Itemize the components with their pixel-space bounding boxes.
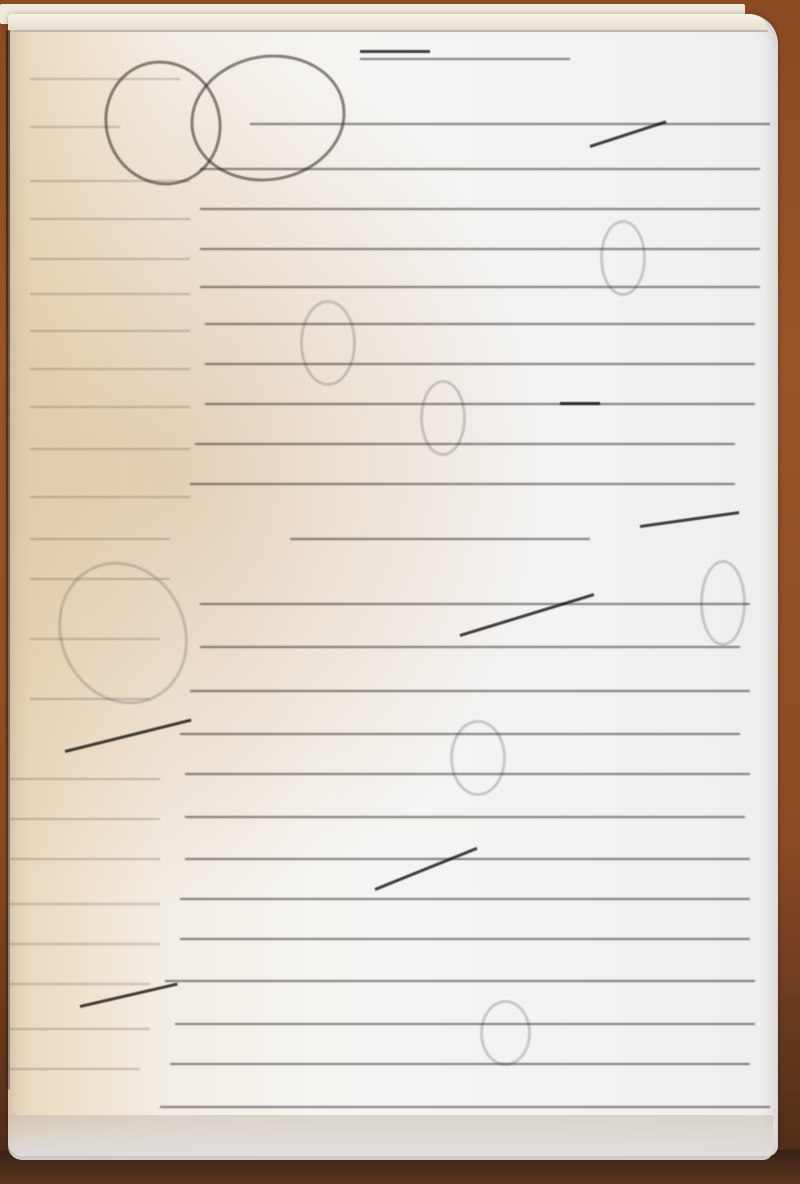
text-line [250, 105, 770, 125]
text-line [205, 385, 755, 405]
faded-margin-line [30, 520, 170, 540]
faded-margin-line [30, 388, 190, 408]
faded-margin-line [30, 430, 190, 450]
faded-margin-line [30, 620, 160, 640]
text-line [200, 585, 750, 605]
faded-margin-line [10, 885, 160, 905]
faded-margin-line [10, 800, 160, 820]
faded-margin-line [10, 1050, 140, 1070]
text-line [160, 1088, 770, 1108]
faded-margin-line [30, 680, 150, 700]
text-line [200, 190, 760, 210]
text-line [190, 672, 750, 692]
faded-margin-line [30, 478, 190, 498]
faded-margin-line [10, 925, 160, 945]
text-line [175, 1005, 755, 1025]
text-line [290, 520, 590, 540]
faded-margin-line [10, 760, 160, 780]
faded-margin-line [30, 560, 170, 580]
page-bottom-edge [8, 1115, 773, 1160]
text-line [205, 305, 755, 325]
text-line [190, 465, 735, 485]
faded-margin-line [30, 275, 190, 295]
pen-stroke [560, 402, 600, 405]
text-line [200, 268, 760, 288]
faded-margin-line [10, 1010, 150, 1030]
text-line [195, 425, 735, 445]
text-line [200, 230, 760, 250]
text-line [180, 715, 740, 735]
faded-margin-line [30, 162, 190, 182]
text-line [170, 1045, 750, 1065]
faded-margin-line [30, 108, 120, 128]
text-line [180, 920, 750, 940]
faded-margin-line [30, 350, 190, 370]
page-top-edge [8, 14, 768, 32]
faded-margin-line [10, 965, 150, 985]
faded-margin-line [30, 60, 180, 80]
faded-margin-line [10, 840, 160, 860]
text-line [185, 798, 745, 818]
text-line [200, 150, 760, 170]
text-line [180, 880, 750, 900]
faded-margin-line [30, 312, 190, 332]
text-line [205, 345, 755, 365]
text-line [185, 755, 750, 775]
faded-margin-line [30, 240, 190, 260]
pen-stroke [360, 50, 430, 53]
text-line [165, 962, 755, 982]
faded-margin-line [30, 200, 190, 220]
